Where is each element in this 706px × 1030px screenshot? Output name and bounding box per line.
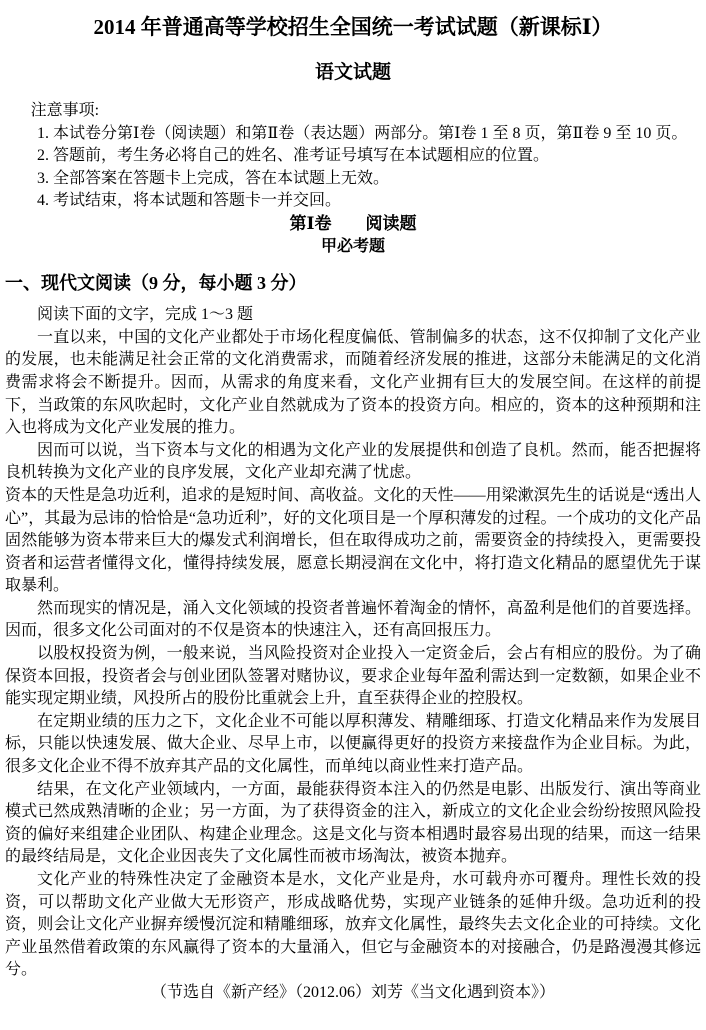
section-heading: 一、现代文阅读（9 分，每小题 3 分） [5, 271, 701, 295]
notice-heading: 注意事项: [5, 100, 701, 123]
body-paragraph-7: 结果，在文化产业领域内，一方面，最能获得资本注入的仍然是电影、出版发行、演出等商… [5, 779, 701, 869]
source-attribution: （节选自《新产经》（2012.06）刘芳《当文化遇到资本》） [5, 982, 701, 1005]
body-paragraph-3: 资本的天性是急功近利，追求的是短时间、高收益。文化的天性——用梁漱溟先生的话说是… [5, 485, 701, 598]
body-paragraph-6: 在定期业绩的压力之下，文化企业不可能以厚积薄发、精雕细琢、打造文化精品来作为发展… [5, 711, 701, 779]
exam-title: 2014 年普通高等学校招生全国统一考试试题（新课标Ⅰ） [5, 14, 701, 40]
exam-paper-page: 2014 年普通高等学校招生全国统一考试试题（新课标Ⅰ） 语文试题 注意事项: … [0, 0, 706, 1030]
part-heading: 甲必考题 [5, 236, 701, 259]
notice-item-3: 3. 全部答案在答题卡上完成，答在本试题上无效。 [5, 168, 701, 191]
body-paragraph-4: 然而现实的情况是，涌入文化领域的投资者普遍怀着淘金的情怀，高盈利是他们的首要选择… [5, 598, 701, 643]
notice-item-1: 1. 本试卷分第Ⅰ卷（阅读题）和第Ⅱ卷（表达题）两部分。第Ⅰ卷 1 至 8 页，… [5, 123, 701, 146]
volume-heading: 第Ⅰ卷 阅读题 [5, 213, 701, 236]
subject-title: 语文试题 [5, 61, 701, 85]
body-paragraph-8: 文化产业的特殊性决定了金融资本是水，文化产业是舟，水可载舟亦可覆舟。理性长效的投… [5, 869, 701, 982]
notice-item-4: 4. 考试结束，将本试题和答题卡一并交回。 [5, 190, 701, 213]
body-paragraph-2: 因而可以说，当下资本与文化的相遇为文化产业的发展提供和创造了良机。然而，能否把握… [5, 440, 701, 485]
reading-instruction: 阅读下面的文字，完成 1～3 题 [5, 304, 701, 327]
notice-item-2: 2. 答题前，考生务必将自己的姓名、准考证号填写在本试题相应的位置。 [5, 145, 701, 168]
body-paragraph-5: 以股权投资为例，一般来说，当风险投资对企业投入一定资金后，会占有相应的股份。为了… [5, 643, 701, 711]
body-paragraph-1: 一直以来，中国的文化产业都处于市场化程度偏低、管制偏多的状态，这不仅抑制了文化产… [5, 327, 701, 440]
